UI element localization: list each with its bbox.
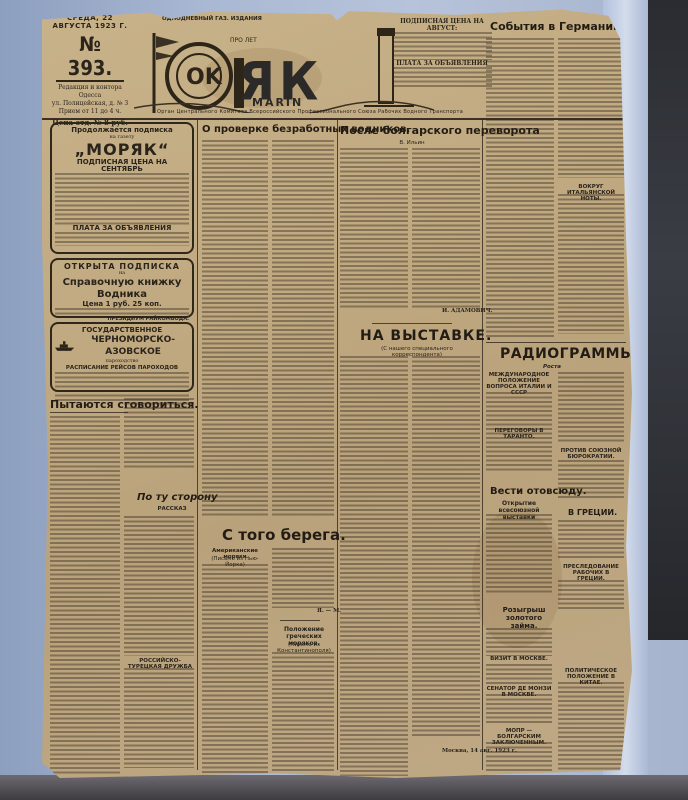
headline-germany: События в Германии. [490, 20, 625, 33]
ad-line: Продолжается подписка [55, 127, 189, 134]
article-text-homeland [486, 514, 552, 594]
divider [372, 323, 452, 324]
ad-text [55, 173, 189, 225]
svg-text:OK: OK [186, 65, 223, 90]
issue-info-line: Одесса [50, 92, 130, 100]
publisher-line: Орган Центрального Комитета Всероссийско… [157, 109, 463, 115]
byline-radiograms: Роста [532, 364, 572, 370]
newspaper-page: СРЕДА, 22 АВГУСТА 1923 Г. № 393. Редакци… [42, 8, 632, 778]
article-text-unemployed [202, 140, 268, 516]
ad-title: ЧЕРНОМОРСКО-АЗОВСКОЕ [77, 334, 189, 358]
headline-exhibition: НА ВЫСТАВКЕ. [360, 328, 492, 344]
article-text-unemployed [272, 140, 334, 516]
article-text-italian-note [558, 194, 624, 334]
headline-radiograms: РАДИОГРАММЫ [500, 346, 635, 362]
signoff-bulgaria: И. АДАМОВИЧ. [442, 308, 493, 314]
ad-title: „МОРЯК“ [55, 141, 189, 159]
article-text-other-shore [202, 564, 268, 774]
ad-line: пароходство [55, 358, 189, 365]
issue-info-line: Редакция и контора [50, 84, 130, 92]
article-text-other-shore [272, 548, 334, 608]
ad-shipping-company: ГОСУДАРСТВЕННОЕ ЧЕРНОМОРСКО-АЗОВСКОЕ пар… [50, 322, 194, 392]
headline-greece: В ГРЕЦИИ. [568, 508, 617, 517]
ad-text [55, 308, 189, 316]
subscription-text [392, 32, 492, 60]
ad-rates-text [392, 67, 492, 87]
ad-subscription-moryak: Продолжается подписка на газету „МОРЯК“ … [50, 122, 194, 254]
article-text-china [558, 682, 624, 772]
article-text-agree [50, 416, 120, 776]
ad-line: на [55, 270, 189, 277]
ad-price: Цена 1 руб. 25 коп. [55, 301, 189, 308]
article-text-germany [558, 38, 624, 178]
ad-line: РАСПИСАНИЕ РЕЙСОВ ПАРОХОДОВ [55, 365, 189, 372]
ad-line: ГОСУДАРСТВЕННОЕ [55, 327, 189, 334]
column-rule [337, 120, 338, 770]
byline-bulgaria: В. Ильин [382, 140, 442, 146]
issue-info-block: СРЕДА, 22 АВГУСТА 1923 Г. № 393. Редакци… [50, 14, 130, 127]
article-text-greek-sailors [272, 652, 334, 772]
ad-reference-book: ОТКРЫТА ПОДПИСКА на Справочную книжку Во… [50, 258, 194, 318]
divider [486, 342, 626, 343]
ad-line: ПОДПИСНАЯ ЦЕНА НА СЕНТЯБРЬ [55, 159, 189, 173]
article-text-persecution [558, 580, 624, 610]
subscription-prices: ПОДПИСНАЯ ЦЕНА НА АВГУСТ: ПЛАТА ЗА ОБЪЯВ… [392, 18, 492, 87]
article-text-mopr [486, 742, 552, 772]
column-rule [197, 120, 198, 770]
headline-moscow: ВИЗИТ В МОСКВЕ. [486, 656, 552, 662]
headline-gold-loan: Розыгрыш золотого займа. [494, 606, 554, 630]
headline-homeland: Вести отовсюду. [490, 486, 587, 497]
ad-footer: ПЛАТА ЗА ОБЪЯВЛЕНИЯ [55, 225, 189, 232]
article-text-senator [486, 694, 552, 724]
divider [50, 412, 128, 413]
newspaper-subtitle: MARIN [252, 96, 303, 109]
issue-date: СРЕДА, 22 АВГУСТА 1923 Г. [50, 14, 130, 30]
ad-line: ОТКРЫТА ПОДПИСКА [55, 263, 189, 270]
divider [280, 620, 320, 621]
byline-other-side: РАССКАЗ [152, 506, 192, 512]
article-text-bulgaria [412, 148, 480, 308]
article-text-exhibition [412, 356, 480, 736]
article-text-moscow [486, 664, 552, 684]
article-text-other-side [124, 516, 194, 656]
ad-text [55, 232, 189, 246]
issue-info-line: ул. Полицейская, д. № 3 [50, 100, 130, 108]
issue-number: № 393. [56, 32, 124, 82]
column-rule [482, 120, 483, 770]
signoff-other-shore: Я. — М. [317, 608, 341, 614]
ad-title: Справочную книжку Водника [55, 277, 189, 301]
article-text-germany [486, 38, 554, 338]
steamship-icon [55, 340, 74, 352]
article-text-greece [558, 520, 624, 560]
headline-other-shore: С того берега. [222, 526, 346, 544]
background-table-edge [0, 775, 688, 800]
article-text-gold-loan [486, 628, 552, 656]
ad-rates-heading: ПЛАТА ЗА ОБЪЯВЛЕНИЯ [392, 60, 492, 67]
subscription-heading: ПОДПИСНАЯ ЦЕНА НА АВГУСТ: [392, 18, 492, 32]
headline-taranto: ПЕРЕГОВОРЫ В ТАРАНТО. [486, 428, 552, 440]
article-text-friendship [124, 668, 194, 768]
svg-text:ПРО ЛЕТ: ПРО ЛЕТ [230, 37, 257, 44]
article-text-bulgaria [340, 148, 408, 308]
issue-info-line: Прием от 11 до 4 ч. [50, 108, 130, 116]
masthead-top-label: ОДНОДНЕВНЫЙ ГАЗ. ИЗДАНИЯ [162, 16, 262, 22]
article-text-agree [124, 398, 194, 468]
article-text-exhibition [340, 356, 408, 776]
headline-against: ПРОТИВ СОЮЗНОЙ БЮРОКРАТИИ. [558, 448, 624, 460]
article-text-radiograms [558, 372, 624, 442]
